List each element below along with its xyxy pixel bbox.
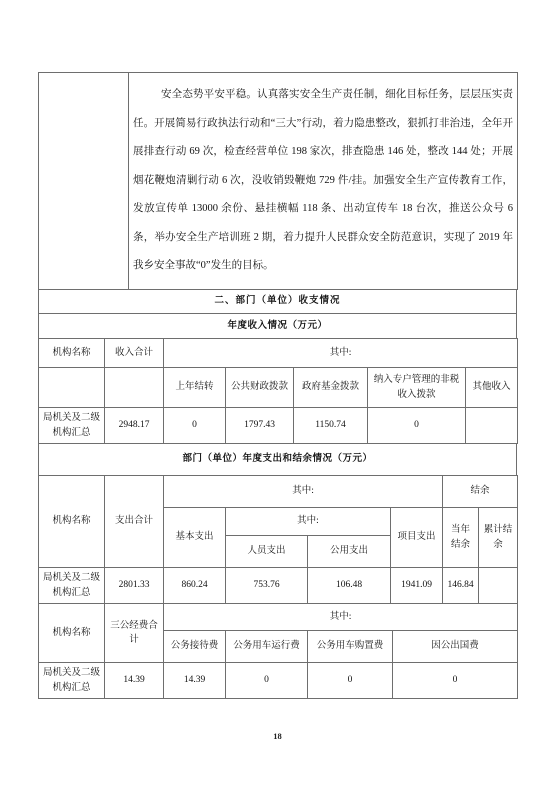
three-public-header-vehicle-purchase: 公务用车购置费 xyxy=(308,631,393,663)
income-header-among: 其中: xyxy=(164,339,518,368)
table-row: 部门（单位）年度支出和结余情况（万元） xyxy=(39,444,517,476)
three-public-vehicle-operation-cell: 0 xyxy=(226,663,308,699)
three-public-header-among: 其中: xyxy=(164,604,518,631)
narrative-left-empty-cell xyxy=(39,73,129,290)
income-special-nontax-cell: 0 xyxy=(368,408,466,444)
three-public-header-abroad: 因公出国费 xyxy=(393,631,518,663)
income-gov-fund-cell: 1150.74 xyxy=(294,408,368,444)
expenditure-header-project: 项目支出 xyxy=(391,508,443,568)
expenditure-project-cell: 1941.09 xyxy=(391,568,443,604)
narrative-text-cell: 安全态势平安平稳。认真落实安全生产责任制，细化目标任务，层层压实责任。开展简易行… xyxy=(129,73,518,290)
expenditure-header-total: 支出合计 xyxy=(105,476,164,568)
three-public-vehicle-purchase-cell: 0 xyxy=(308,663,393,699)
income-header-total-empty xyxy=(105,368,164,408)
expenditure-cum-balance-cell xyxy=(479,568,518,604)
section-title-table: 二、部门（单位）收支情况 xyxy=(38,289,517,314)
income-subtitle: 年度收入情况（万元） xyxy=(39,314,517,339)
page-number: 18 xyxy=(0,731,555,741)
three-public-header-reception: 公务接待费 xyxy=(164,631,226,663)
three-public-reception-cell: 14.39 xyxy=(164,663,226,699)
income-header-org: 机构名称 xyxy=(39,339,105,368)
table-row: 年度收入情况（万元） xyxy=(39,314,517,339)
expenditure-header-org: 机构名称 xyxy=(39,476,105,568)
three-public-header-org: 机构名称 xyxy=(39,604,105,663)
three-public-table: 机构名称 三公经费合计 其中: 公务接待费 公务用车运行费 公务用车购置费 因公… xyxy=(38,603,518,699)
expenditure-header-balance: 结余 xyxy=(443,476,518,508)
income-data-row: 局机关及二级机构汇总 2948.17 0 1797.43 1150.74 0 xyxy=(39,408,518,444)
expenditure-public-use-cell: 106.48 xyxy=(308,568,391,604)
income-header-row-2: 上年结转 公共财政拨款 政府基金拨款 纳入专户管理的非税收入拨款 其他收入 xyxy=(39,368,518,408)
expenditure-subtitle-table: 部门（单位）年度支出和结余情况（万元） xyxy=(38,443,517,476)
income-org-cell: 局机关及二级机构汇总 xyxy=(39,408,105,444)
expenditure-header-personnel: 人员支出 xyxy=(226,536,308,568)
three-public-org-cell: 局机关及二级机构汇总 xyxy=(39,663,105,699)
income-header-other: 其他收入 xyxy=(466,368,518,408)
narrative-table: 安全态势平安平稳。认真落实安全生产责任制，细化目标任务，层层压实责任。开展简易行… xyxy=(38,72,518,290)
expenditure-header-year-balance: 当年结余 xyxy=(443,508,479,568)
document-page: { "page": { "number": "18" }, "top_secti… xyxy=(0,0,555,785)
income-header-total: 收入合计 xyxy=(105,339,164,368)
expenditure-total-cell: 2801.33 xyxy=(105,568,164,604)
income-header-gov-fund: 政府基金拨款 xyxy=(294,368,368,408)
expenditure-header-public-use: 公用支出 xyxy=(308,536,391,568)
income-header-org-empty xyxy=(39,368,105,408)
three-public-header-total: 三公经费合计 xyxy=(105,604,164,663)
income-carryover-cell: 0 xyxy=(164,408,226,444)
table-row: 二、部门（单位）收支情况 xyxy=(39,290,517,314)
expenditure-header-among: 其中: xyxy=(164,476,443,508)
expenditure-year-balance-cell: 146.84 xyxy=(443,568,479,604)
section-title: 二、部门（单位）收支情况 xyxy=(39,290,517,314)
safety-paragraph: 安全态势平安平稳。认真落实安全生产责任制，细化目标任务，层层压实责任。开展简易行… xyxy=(133,81,513,281)
table-row: 安全态势平安平稳。认真落实安全生产责任制，细化目标任务，层层压实责任。开展简易行… xyxy=(39,73,518,290)
three-public-data-row: 局机关及二级机构汇总 14.39 14.39 0 0 0 xyxy=(39,663,518,699)
three-public-header-row-1: 机构名称 三公经费合计 其中: xyxy=(39,604,518,631)
expenditure-header-basic: 基本支出 xyxy=(164,508,226,568)
income-public-finance-cell: 1797.43 xyxy=(226,408,294,444)
expenditure-data-row: 局机关及二级机构汇总 2801.33 860.24 753.76 106.48 … xyxy=(39,568,518,604)
income-other-cell xyxy=(466,408,518,444)
expenditure-org-cell: 局机关及二级机构汇总 xyxy=(39,568,105,604)
document-body: 安全态势平安平稳。认真落实安全生产责任制，细化目标任务，层层压实责任。开展简易行… xyxy=(38,72,517,699)
three-public-total-cell: 14.39 xyxy=(105,663,164,699)
expenditure-table: 机构名称 支出合计 其中: 结余 基本支出 其中: 项目支出 当年结余 累计结余… xyxy=(38,475,518,604)
income-total-cell: 2948.17 xyxy=(105,408,164,444)
expenditure-header-row-1: 机构名称 支出合计 其中: 结余 xyxy=(39,476,518,508)
expenditure-personnel-cell: 753.76 xyxy=(226,568,308,604)
expenditure-basic-cell: 860.24 xyxy=(164,568,226,604)
income-header-public-finance: 公共财政拨款 xyxy=(226,368,294,408)
three-public-header-vehicle-operation: 公务用车运行费 xyxy=(226,631,308,663)
income-header-carryover: 上年结转 xyxy=(164,368,226,408)
income-header-special-nontax: 纳入专户管理的非税收入拨款 xyxy=(368,368,466,408)
income-subtitle-table: 年度收入情况（万元） xyxy=(38,313,517,339)
income-header-row-1: 机构名称 收入合计 其中: xyxy=(39,339,518,368)
income-table: 机构名称 收入合计 其中: 上年结转 公共财政拨款 政府基金拨款 纳入专户管理的… xyxy=(38,338,518,444)
expenditure-subtitle: 部门（单位）年度支出和结余情况（万元） xyxy=(39,444,517,476)
expenditure-header-cum-balance: 累计结余 xyxy=(479,508,518,568)
expenditure-header-among2: 其中: xyxy=(226,508,391,536)
three-public-abroad-cell: 0 xyxy=(393,663,518,699)
